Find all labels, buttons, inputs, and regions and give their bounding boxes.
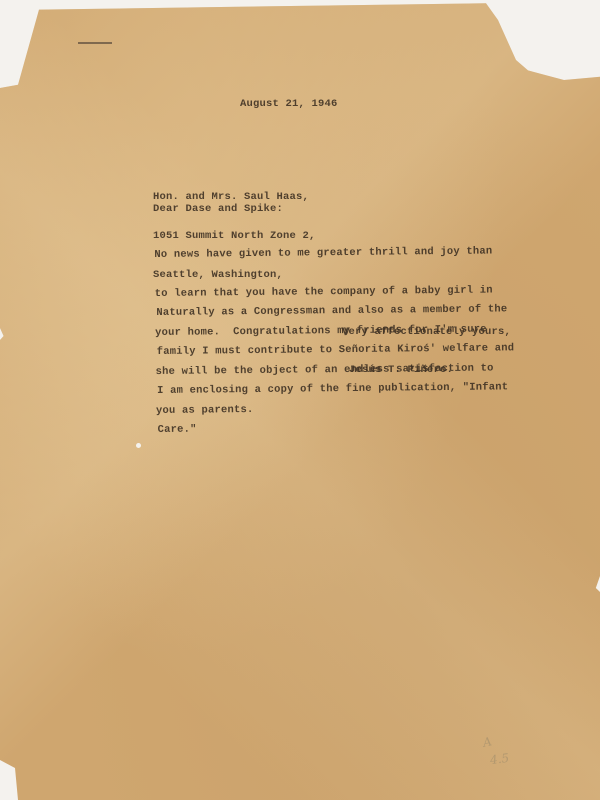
paper-hole [136, 443, 141, 448]
salutation: Dear Dase and Spike: [153, 203, 283, 216]
body-line: No news have given to me greater thrill … [154, 245, 492, 262]
body-line: Naturally as a Congressman and also as a… [156, 303, 514, 320]
body-line: Care." [157, 420, 515, 437]
body-paragraph-2: Naturally as a Congressman and also as a… [156, 277, 515, 450]
ink-smudge [78, 42, 112, 44]
pencil-mark: 4.5 [489, 751, 510, 768]
signature: Jesús T. Piñero. [349, 364, 453, 377]
letter-date: August 21, 1946 [240, 98, 338, 111]
closing: Very affectionately yours, [342, 326, 511, 339]
body-line: I am enclosing a copy of the fine public… [157, 381, 515, 398]
body-line: family I must contribute to Señorita Kir… [157, 342, 515, 359]
